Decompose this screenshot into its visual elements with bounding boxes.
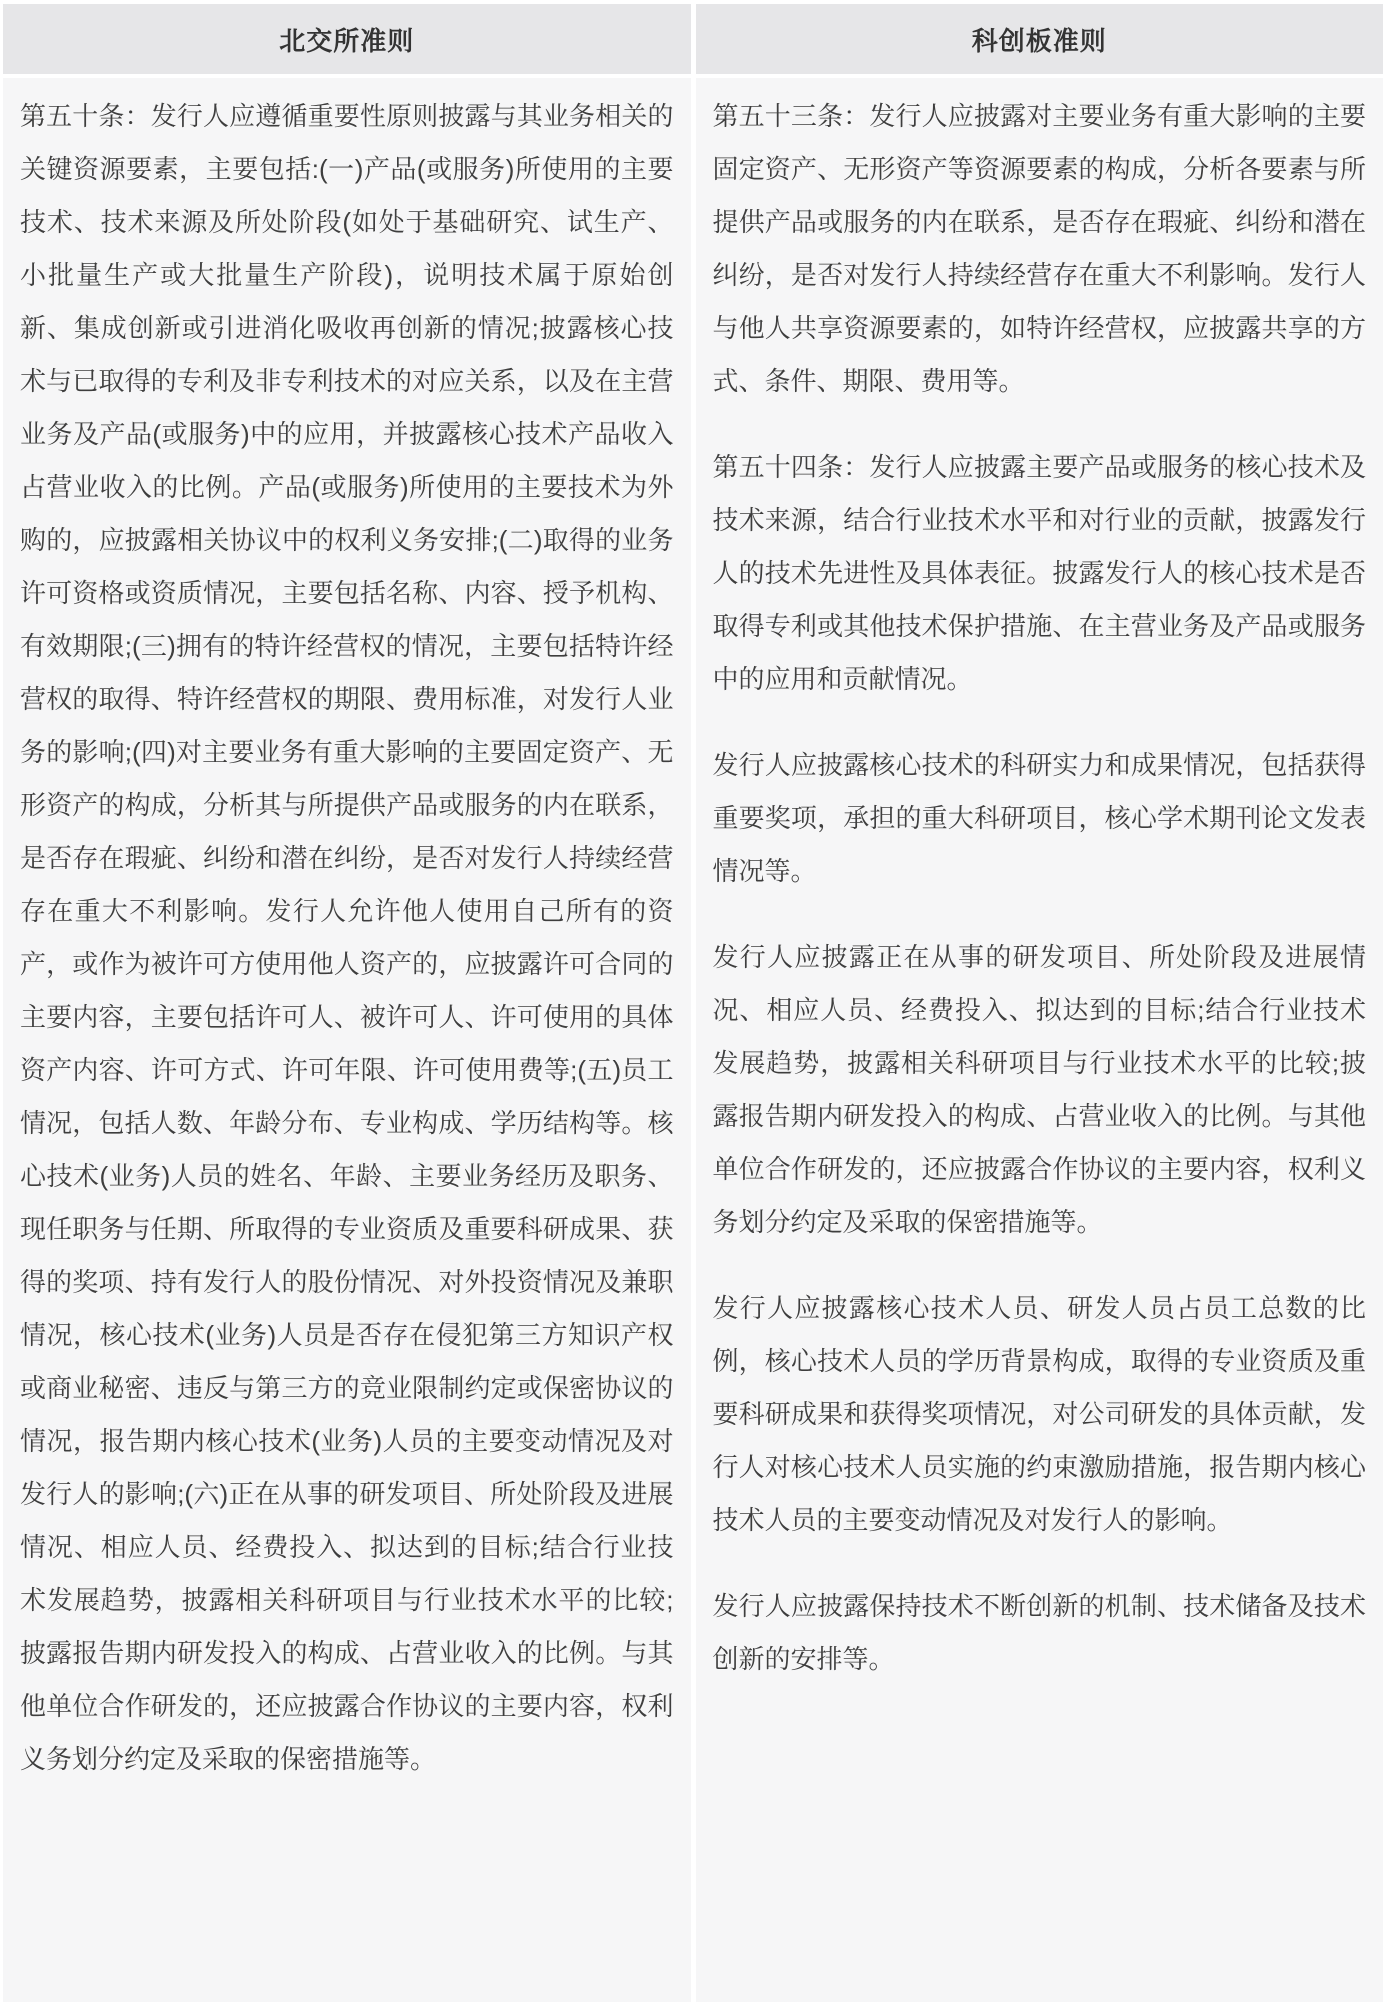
column-header-bse: 北交所准则 [3,4,691,74]
paragraph: 发行人应披露核心技术人员、研发人员占员工总数的比例，核心技术人员的学历背景构成，… [713,1282,1367,1547]
column-body-star: 第五十三条：发行人应披露对主要业务有重大影响的主要固定资产、无形资产等资源要素的… [696,78,1384,2002]
column-body-bse: 第五十条：发行人应遵循重要性原则披露与其业务相关的关键资源要素，主要包括:(一)… [3,78,691,2002]
column-star-rules: 科创板准则 第五十三条：发行人应披露对主要业务有重大影响的主要固定资产、无形资产… [696,4,1384,2002]
paragraph: 发行人应披露正在从事的研发项目、所处阶段及进展情况、相应人员、经费投入、拟达到的… [713,931,1367,1249]
paragraph: 发行人应披露保持技术不断创新的机制、技术储备及技术创新的安排等。 [713,1580,1367,1686]
paragraph: 第五十四条：发行人应披露主要产品或服务的核心技术及技术来源，结合行业技术水平和对… [713,441,1367,706]
comparison-table: 北交所准则 第五十条：发行人应遵循重要性原则披露与其业务相关的关键资源要素，主要… [0,0,1386,2002]
column-header-star: 科创板准则 [696,4,1384,74]
paragraph: 发行人应披露核心技术的科研实力和成果情况，包括获得重要奖项，承担的重大科研项目，… [713,739,1367,898]
paragraph: 第五十条：发行人应遵循重要性原则披露与其业务相关的关键资源要素，主要包括:(一)… [20,90,674,1786]
paragraph: 第五十三条：发行人应披露对主要业务有重大影响的主要固定资产、无形资产等资源要素的… [713,90,1367,408]
column-bse-rules: 北交所准则 第五十条：发行人应遵循重要性原则披露与其业务相关的关键资源要素，主要… [3,4,691,2002]
rules-comparison-page: 北交所准则 第五十条：发行人应遵循重要性原则披露与其业务相关的关键资源要素，主要… [0,0,1386,2002]
